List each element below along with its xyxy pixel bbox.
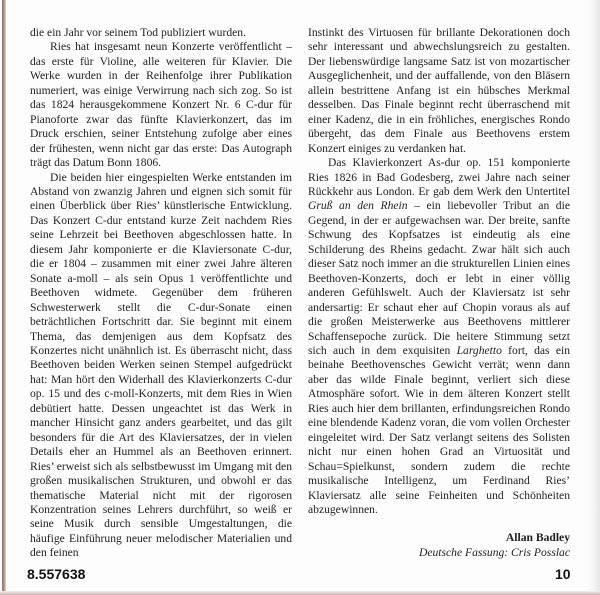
author-name: Allan Badley (308, 531, 570, 545)
paragraph: Ries hat insgesamt neun Konzerte veröffe… (30, 40, 292, 170)
paragraph: Das Klavierkonzert As-dur op. 151 kompon… (308, 156, 570, 517)
booklet-page: die ein Jahr vor seinem Tod publiziert w… (0, 0, 600, 595)
translation-credit: Deutsche Fassung: Cris Posslac (308, 546, 570, 560)
page-number: 10 (555, 566, 571, 582)
paragraph: die ein Jahr vor seinem Tod publiziert w… (30, 26, 292, 40)
left-text-column: die ein Jahr vor seinem Tod publiziert w… (30, 26, 292, 561)
binding-shadow (2, 0, 6, 595)
catalog-number: 8.557638 (27, 566, 85, 582)
signature-block: Allan Badley Deutsche Fassung: Cris Poss… (308, 531, 570, 560)
paper-edge-bottom (0, 591, 600, 595)
right-text-column: Instinkt des Virtuosen für brillante Dek… (308, 26, 570, 560)
italic-title: Larghetto (457, 344, 502, 357)
paper-edge-right (586, 0, 600, 595)
italic-title: Gruß an den Rhein (308, 199, 408, 212)
paragraph: Die beiden hier eingespielten Werke ents… (30, 171, 292, 561)
paragraph: Instinkt des Virtuosen für brillante Dek… (308, 26, 570, 156)
